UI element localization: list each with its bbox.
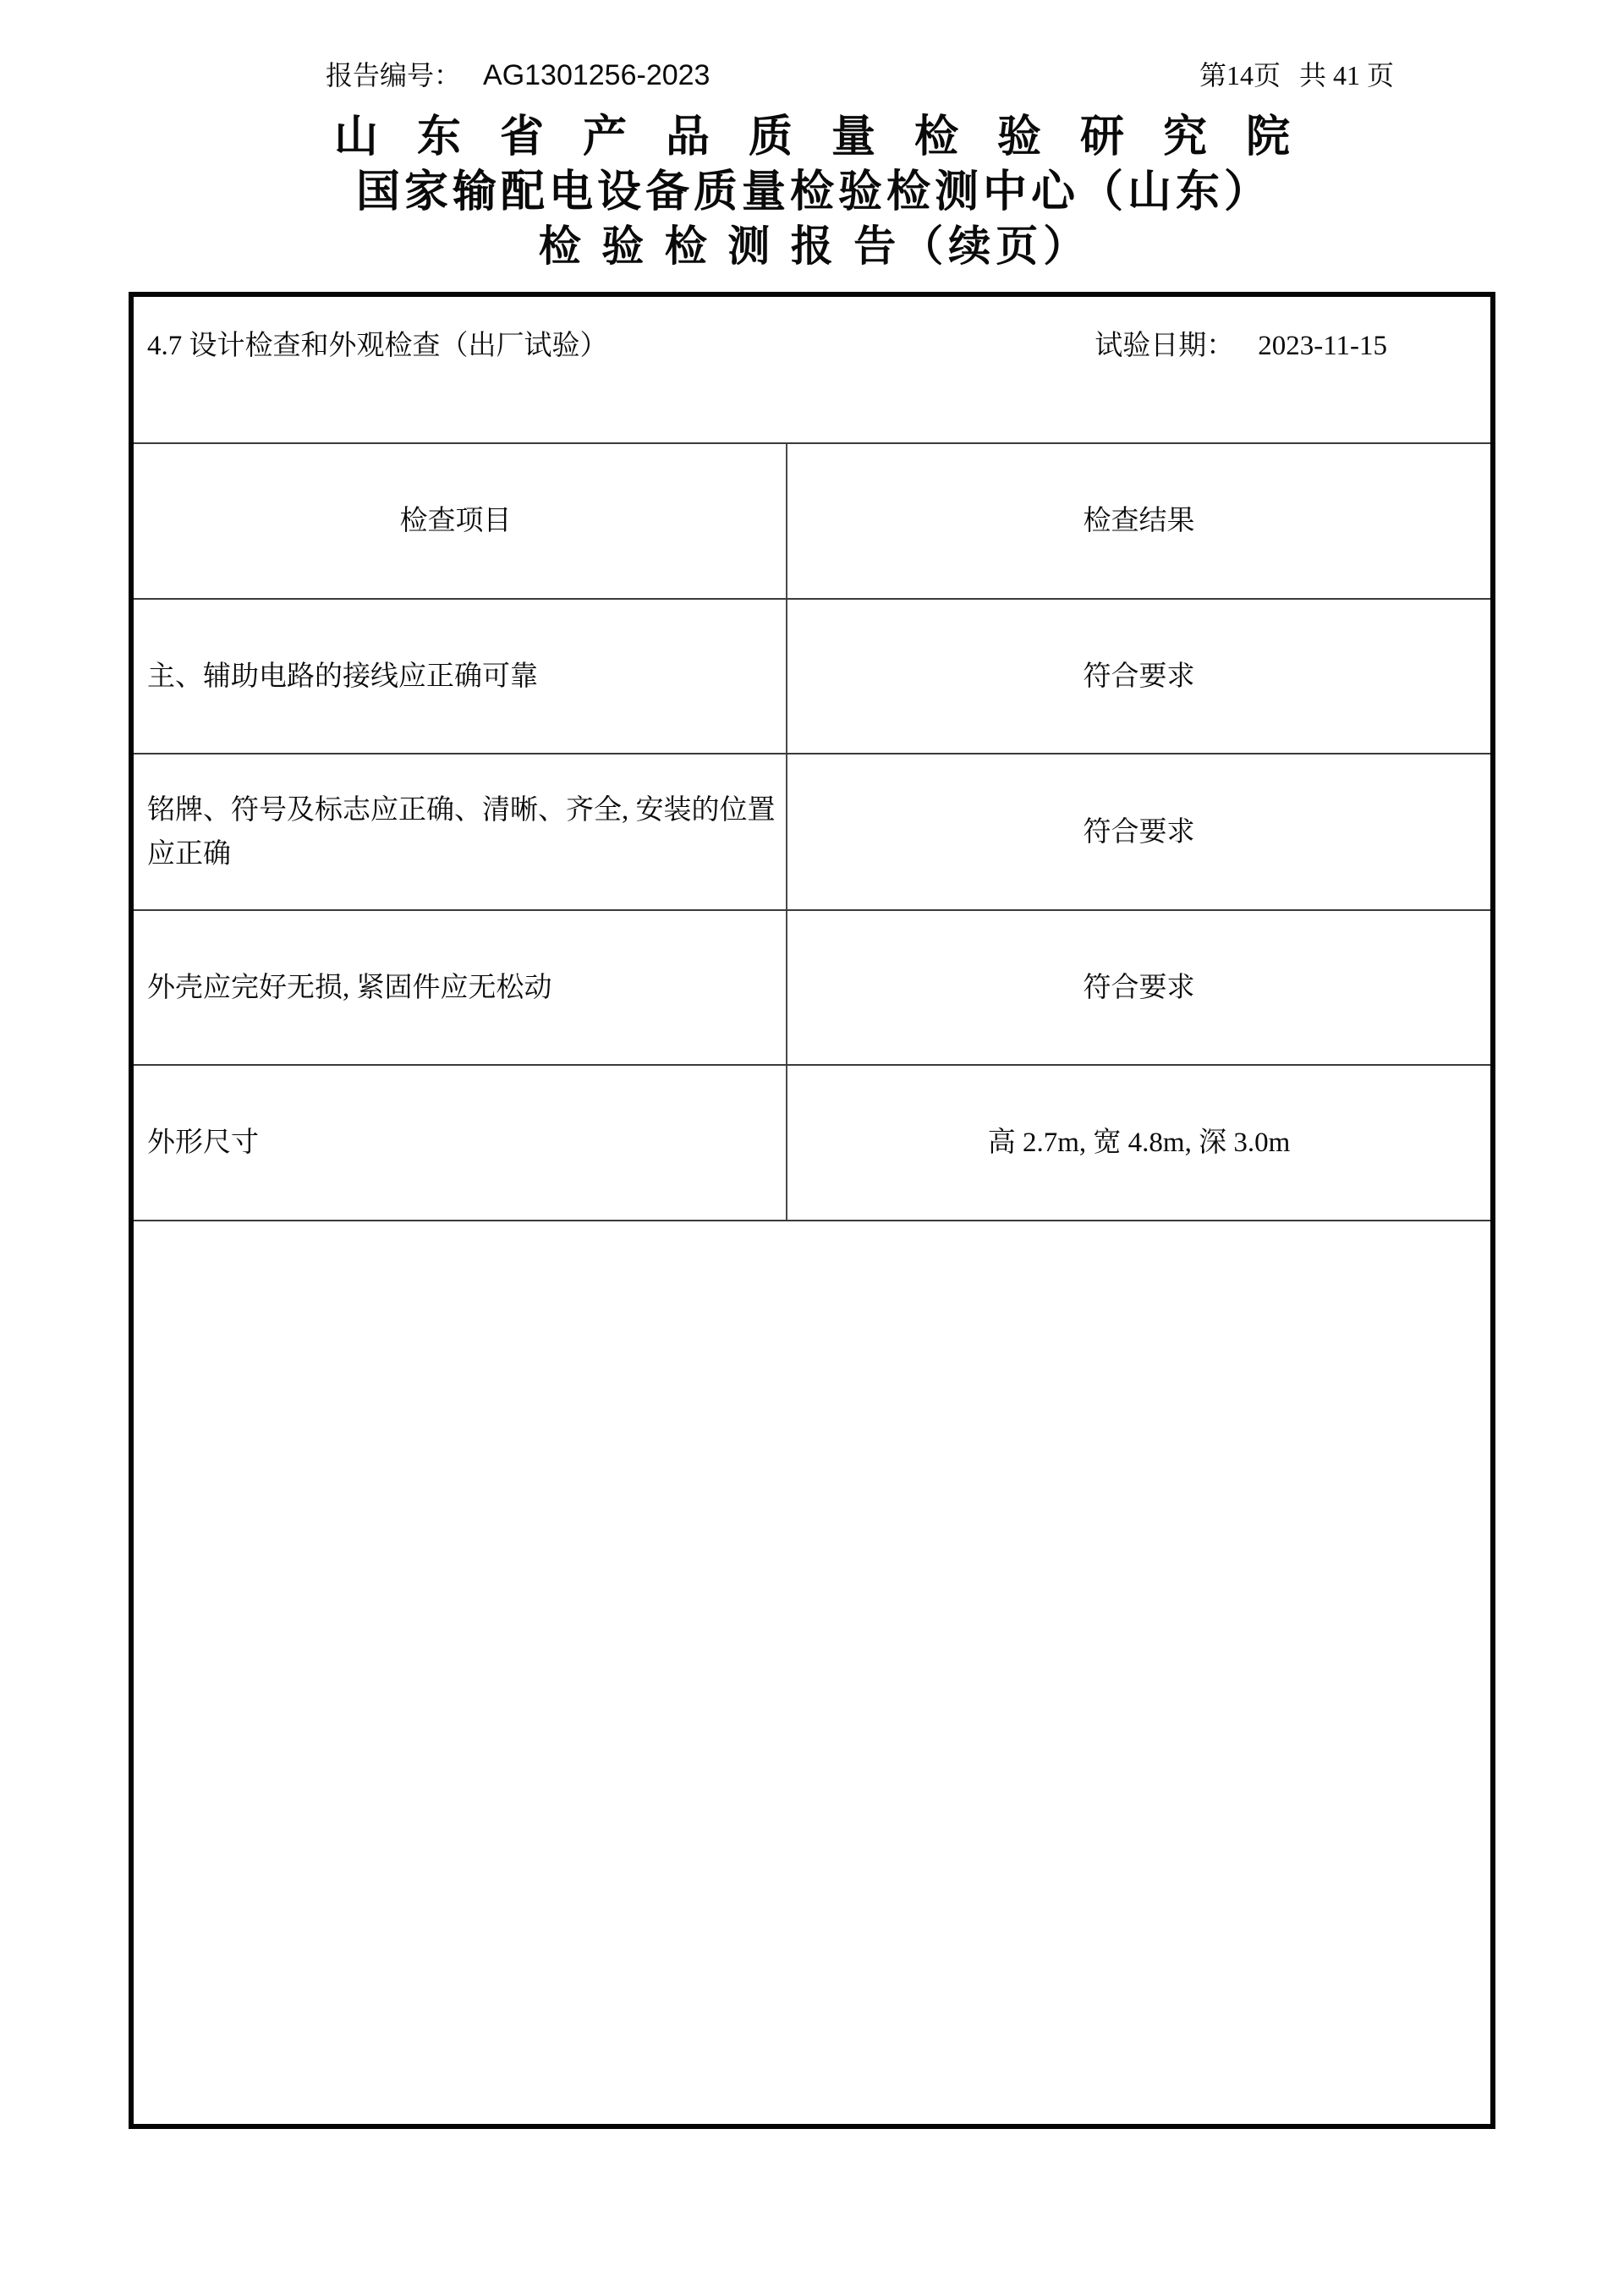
table-row: 外壳应完好无损, 紧固件应无松动 符合要求	[134, 909, 1490, 1064]
column-header-result: 检查结果	[787, 444, 1490, 598]
institute-title: 山东省产品质量检验研究院	[0, 110, 1624, 166]
result-cell: 符合要求	[787, 600, 1490, 753]
item-cell: 铭牌、符号及标志应正确、清晰、齐全, 安装的位置应正确	[134, 754, 787, 909]
report-number: 报告编号：AG1301256-2023	[326, 59, 710, 91]
test-date-value: 2023-11-15	[1258, 331, 1387, 361]
result-cell: 符合要求	[787, 754, 1490, 909]
column-header-item: 检查项目	[134, 444, 787, 598]
result-cell: 符合要求	[787, 911, 1490, 1064]
section-heading-row: 4.7 设计检查和外观检查（出厂试验） 试验日期：2023-11-15	[134, 297, 1490, 442]
document-title-block: 山东省产品质量检验研究院 国家输配电设备质量检验检测中心（山东） 检 验 检 测…	[0, 110, 1624, 272]
test-date: 试验日期：2023-11-15	[1095, 324, 1387, 368]
page-indicator: 第14页共 41 页	[1199, 59, 1394, 91]
table-row: 外形尺寸 高 2.7m, 宽 4.8m, 深 3.0m	[134, 1064, 1490, 1220]
empty-area	[134, 1220, 1490, 2124]
table-row: 铭牌、符号及标志应正确、清晰、齐全, 安装的位置应正确 符合要求	[134, 753, 1490, 909]
table-row: 主、辅助电路的接线应正确可靠 符合要求	[134, 598, 1490, 753]
page-current: 第14页	[1199, 60, 1281, 91]
test-date-label: 试验日期：	[1095, 331, 1234, 361]
page-total: 共 41 页	[1299, 60, 1394, 91]
result-cell: 高 2.7m, 宽 4.8m, 深 3.0m	[787, 1066, 1490, 1220]
item-cell: 外形尺寸	[134, 1066, 787, 1220]
item-cell: 主、辅助电路的接线应正确可靠	[134, 600, 787, 753]
report-number-value: AG1301256-2023	[483, 59, 710, 91]
item-cell: 外壳应完好无损, 紧固件应无松动	[134, 911, 787, 1064]
inspection-table: 4.7 设计检查和外观检查（出厂试验） 试验日期：2023-11-15 检查项目…	[129, 292, 1495, 2129]
center-title: 国家输配电设备质量检验检测中心（山东）	[0, 166, 1624, 220]
page-header: 报告编号：AG1301256-2023 第14页共 41 页	[326, 59, 1394, 91]
section-heading: 4.7 设计检查和外观检查（出厂试验）	[147, 324, 608, 368]
report-number-label: 报告编号：	[326, 60, 461, 91]
table-header-row: 检查项目 检查结果	[134, 442, 1490, 598]
report-title: 检 验 检 测 报 告（续页）	[0, 220, 1624, 272]
